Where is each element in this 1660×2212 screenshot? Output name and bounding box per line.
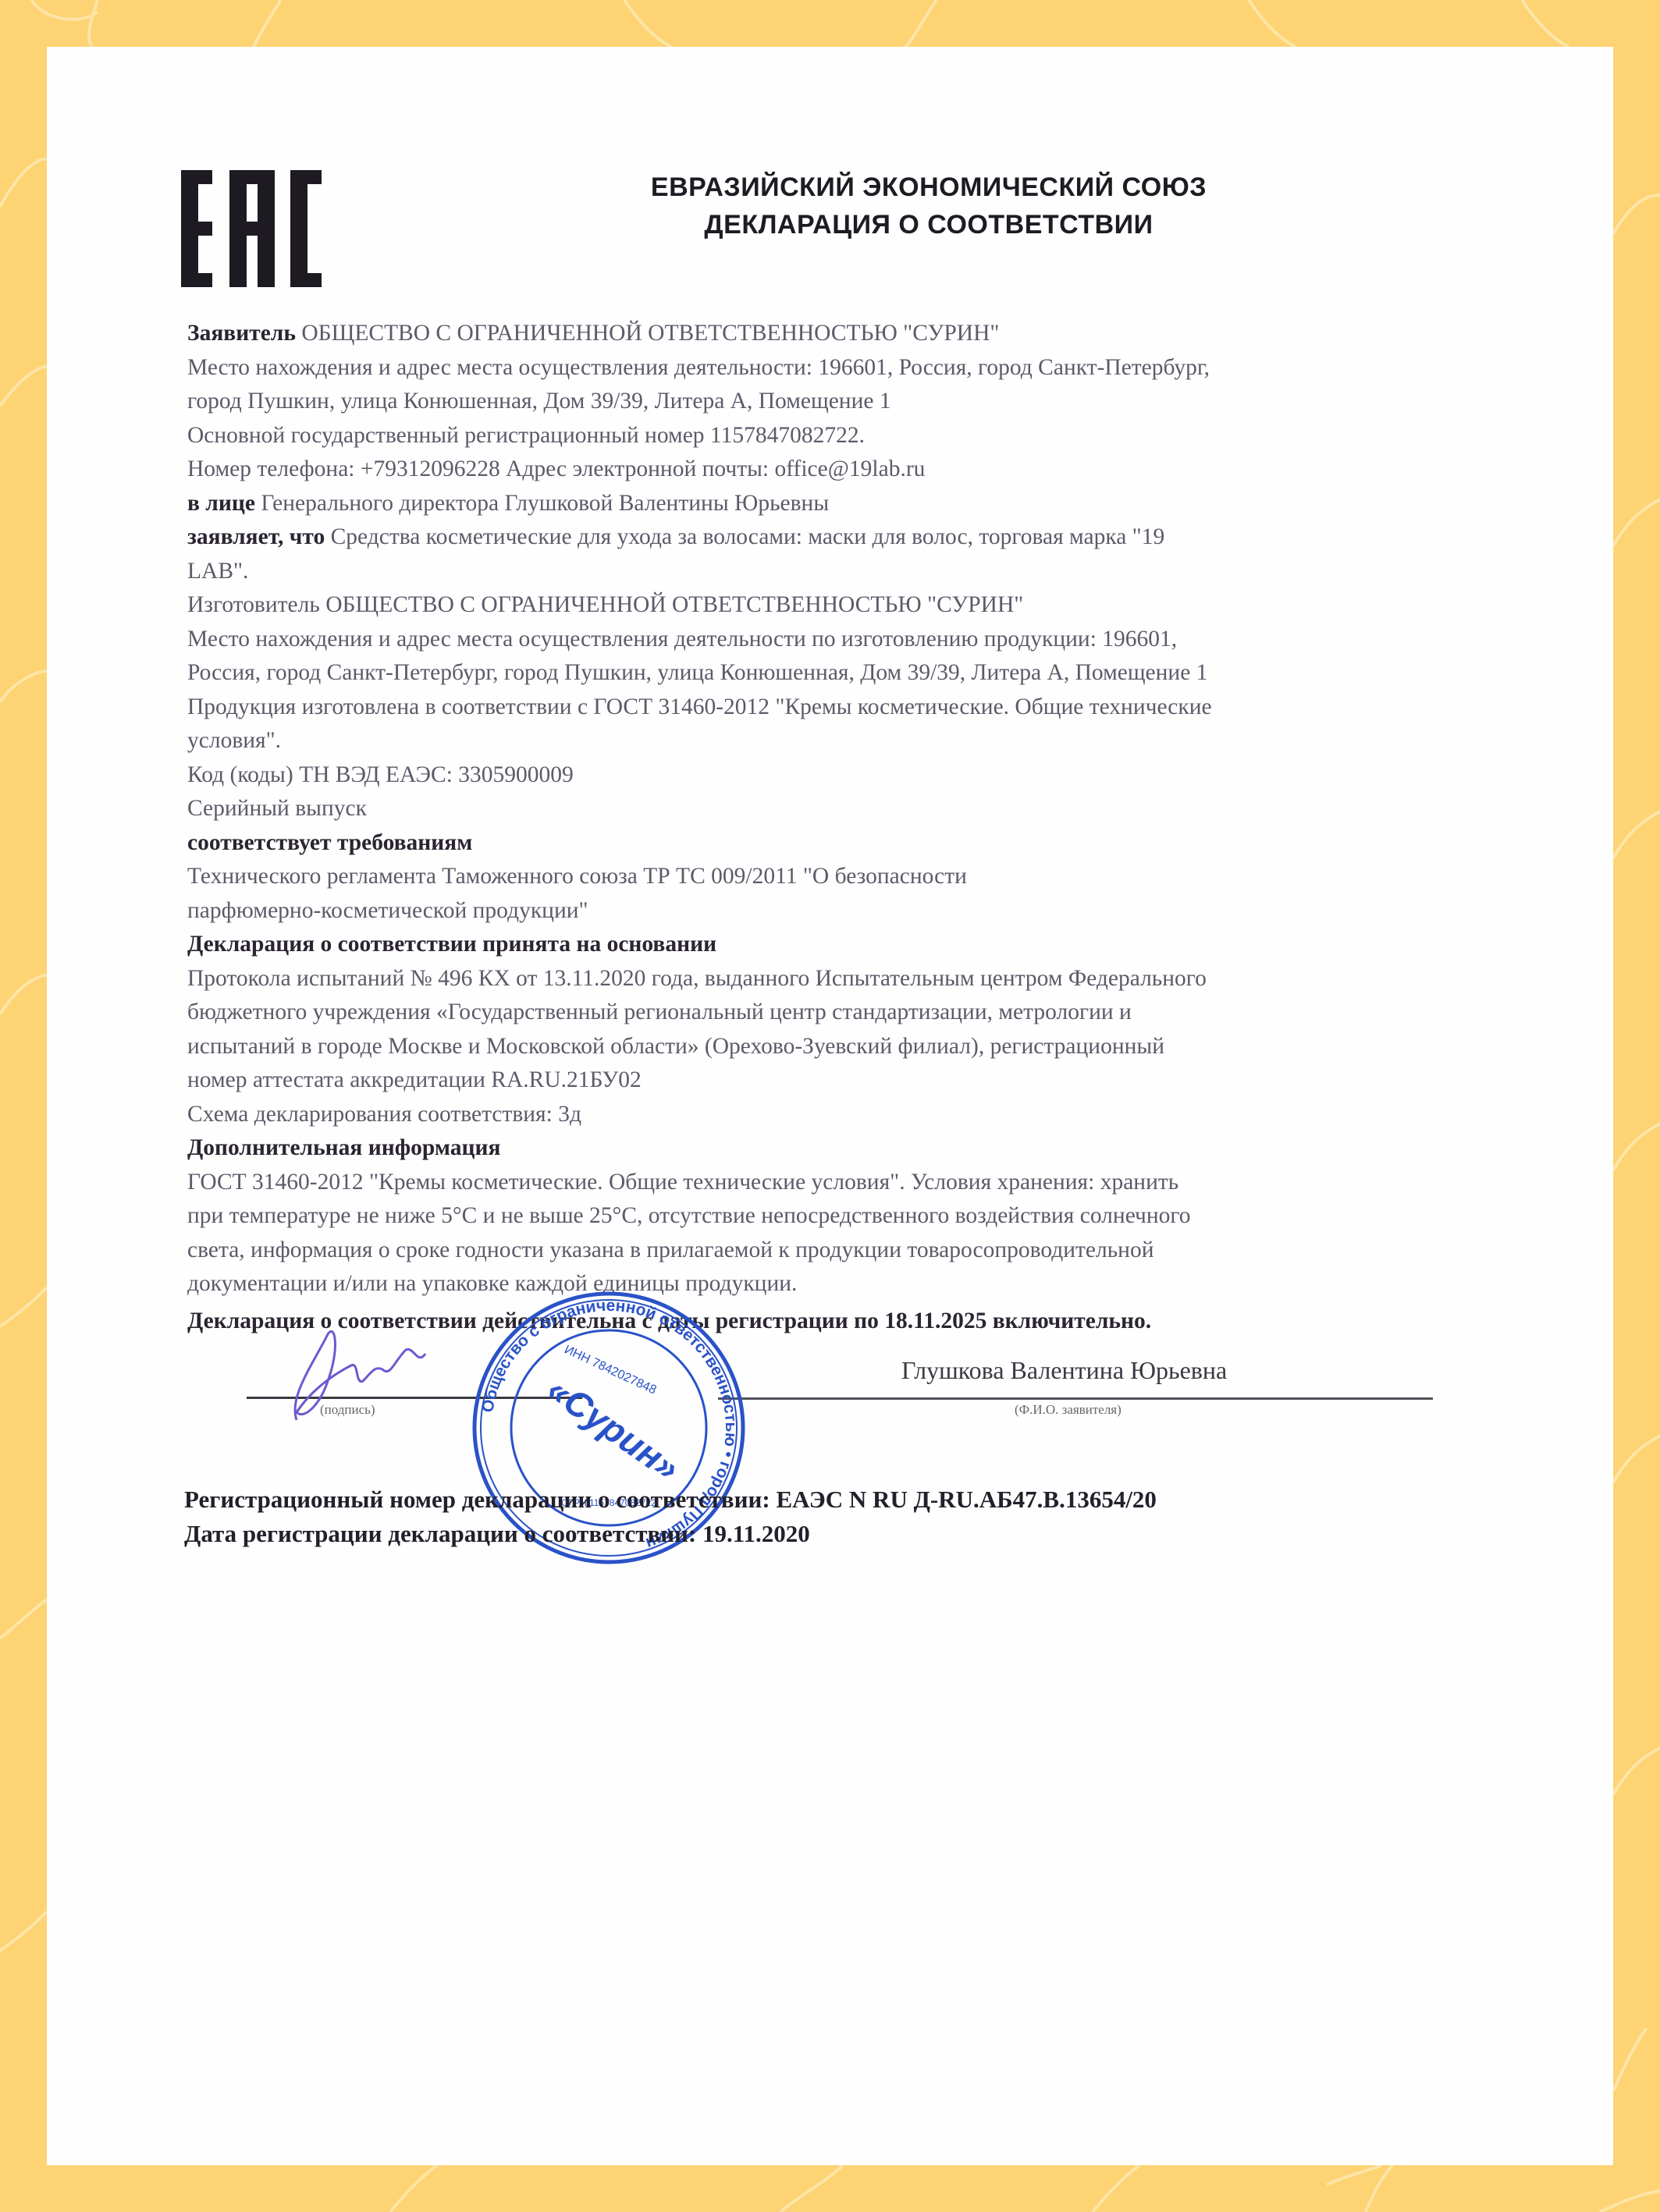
representative-line: в лице Генерального директора Глушковой …: [187, 487, 1467, 521]
registration-date-line: Дата регистрации декларации о соответств…: [184, 1517, 1157, 1551]
applicant-line: Заявитель ОБЩЕСТВО С ОГРАНИЧЕННОЙ ОТВЕТС…: [187, 317, 1467, 351]
manufacturer-label: Изготовитель: [187, 592, 320, 617]
registration-number-line: Регистрационный номер декларации о соотв…: [184, 1482, 1157, 1517]
tn-ved-code: Код (коды) ТН ВЭД ЕАЭС: 3305900009: [187, 758, 1467, 793]
eac-mark-icon: [181, 170, 322, 287]
declares-text: Средства косметические для ухода за воло…: [325, 524, 1164, 549]
applicant-contacts: Номер телефона: +79312096228 Адрес элект…: [187, 453, 1467, 487]
manufacturer-address-1: Место нахождения и адрес места осуществл…: [187, 623, 1467, 657]
requirements-heading: соответствует требованиям: [187, 826, 1467, 861]
requirements-line-2: парфюмерно-косметической продукции": [187, 894, 1467, 928]
declares-label: заявляет, что: [187, 524, 325, 549]
signer-name: Глушкова Валентина Юрьевна: [901, 1356, 1227, 1385]
handwritten-signature-icon: [281, 1319, 460, 1428]
release-type: Серийный выпуск: [187, 792, 1467, 826]
registration-number: ЕАЭС N RU Д-RU.АБ47.В.13654/20: [776, 1486, 1156, 1513]
representative-text: Генерального директора Глушковой Валенти…: [255, 491, 829, 516]
declares-line: заявляет, что Средства косметические для…: [187, 520, 1467, 555]
header-declaration-title: ДЕКЛАРАЦИЯ О СООТВЕТСТВИИ: [546, 206, 1311, 243]
declaration-scheme: Схема декларирования соответствия: 3д: [187, 1098, 1467, 1132]
basis-line-4: номер аттестата аккредитации RA.RU.21БУ0…: [187, 1063, 1467, 1098]
additional-line-4: документации и/или на упаковке каждой ед…: [187, 1267, 1467, 1301]
declaration-body: Заявитель ОБЩЕСТВО С ОГРАНИЧЕННОЙ ОТВЕТС…: [187, 317, 1467, 1338]
registration-number-label: Регистрационный номер декларации о соотв…: [184, 1486, 776, 1513]
manufacturer-standard-1: Продукция изготовлена в соответствии с Г…: [187, 691, 1467, 725]
name-caption: (Ф.И.О. заявителя): [1015, 1402, 1121, 1418]
name-line: [718, 1397, 1433, 1400]
basis-heading: Декларация о соответствии принята на осн…: [187, 928, 1467, 962]
additional-heading: Дополнительная информация: [187, 1131, 1467, 1166]
applicant-address-2: город Пушкин, улица Конюшенная, Дом 39/3…: [187, 385, 1467, 419]
header-union-title: ЕВРАЗИЙСКИЙ ЭКОНОМИЧЕСКИЙ СОЮЗ: [546, 169, 1311, 206]
applicant-label: Заявитель: [187, 321, 296, 346]
svg-text:«Сурин»: «Сурин»: [540, 1369, 688, 1489]
manufacturer-address-2: Россия, город Санкт-Петербург, город Пуш…: [187, 656, 1467, 691]
basis-line-2: бюджетного учреждения «Государственный р…: [187, 996, 1467, 1030]
document-header: ЕВРАЗИЙСКИЙ ЭКОНОМИЧЕСКИЙ СОЮЗ ДЕКЛАРАЦИ…: [546, 169, 1311, 243]
registration-date-label: Дата регистрации декларации о соответств…: [184, 1520, 702, 1547]
applicant-ogrn: Основной государственный регистрационный…: [187, 419, 1467, 453]
registration-block: Регистрационный номер декларации о соотв…: [184, 1482, 1157, 1551]
manufacturer-line: Изготовитель ОБЩЕСТВО С ОГРАНИЧЕННОЙ ОТВ…: [187, 588, 1467, 623]
applicant-name: ОБЩЕСТВО С ОГРАНИЧЕННОЙ ОТВЕТСТВЕННОСТЬЮ…: [296, 321, 1000, 346]
representative-label: в лице: [187, 491, 255, 516]
basis-line-3: испытаний в городе Москве и Московской о…: [187, 1030, 1467, 1064]
declares-line-2: LAB".: [187, 555, 1467, 589]
requirements-line-1: Технического регламента Таможенного союз…: [187, 860, 1467, 894]
registration-date: 19.11.2020: [702, 1520, 810, 1547]
manufacturer-name: ОБЩЕСТВО С ОГРАНИЧЕННОЙ ОТВЕТСТВЕННОСТЬЮ…: [320, 592, 1024, 617]
additional-line-2: при температуре не ниже 5°С и не выше 25…: [187, 1199, 1467, 1234]
applicant-address-1: Место нахождения и адрес места осуществл…: [187, 351, 1467, 385]
manufacturer-standard-2: условия".: [187, 724, 1467, 758]
additional-line-3: света, информация о сроке годности указа…: [187, 1234, 1467, 1268]
basis-line-1: Протокола испытаний № 496 КХ от 13.11.20…: [187, 962, 1467, 996]
additional-line-1: ГОСТ 31460-2012 "Кремы косметические. Об…: [187, 1166, 1467, 1200]
